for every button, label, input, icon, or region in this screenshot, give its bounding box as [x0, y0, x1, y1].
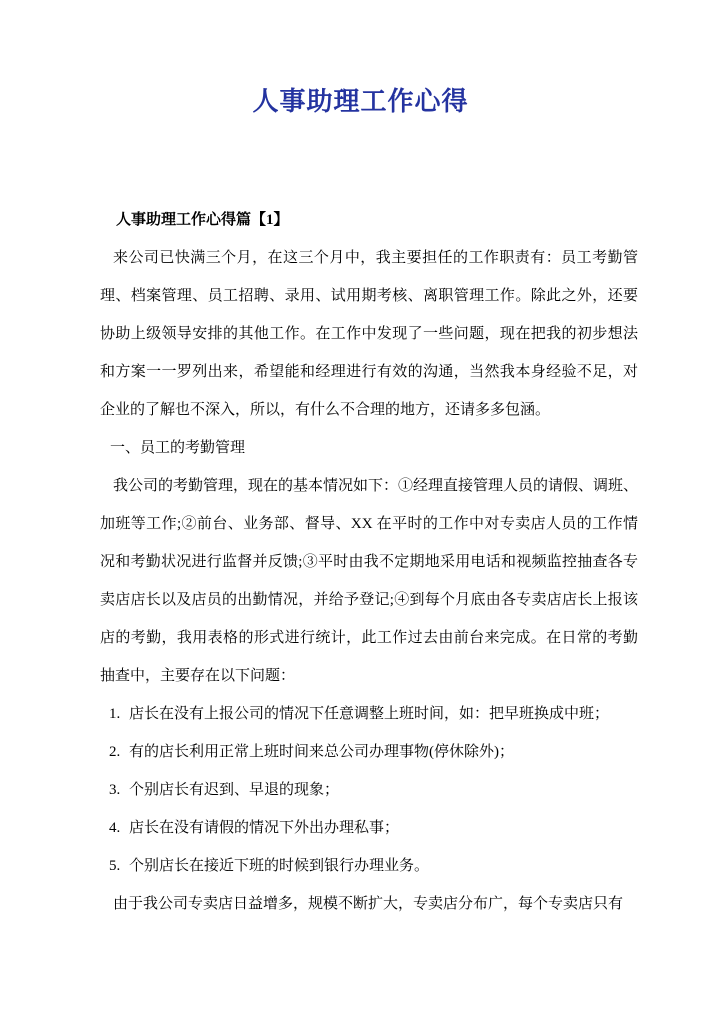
- document-page: 人事助理工作心得 人事助理工作心得篇【1】 来公司已快满三个月，在这三个月中，我…: [0, 0, 721, 1020]
- list-item-text: 个别店长在接近下班的时候到银行办理业务。: [129, 858, 429, 874]
- document-title: 人事助理工作心得: [0, 0, 721, 120]
- document-subtitle: 人事助理工作心得篇【1】: [100, 201, 638, 239]
- list-item-number: 3.: [109, 771, 129, 809]
- list-item-number: 5.: [109, 847, 129, 885]
- section-heading-attendance: 一、员工的考勤管理: [100, 429, 638, 467]
- list-item-number: 4.: [109, 809, 129, 847]
- list-item-text: 有的店长利用正常上班时间来总公司办理事物(停休除外)；: [129, 744, 514, 760]
- list-item-text: 个别店长有迟到、早退的现象；: [129, 782, 339, 798]
- issues-list: 1.店长在没有上报公司的情况下任意调整上班时间，如：把早班换成中班； 2.有的店…: [100, 695, 638, 885]
- list-item: 3.个别店长有迟到、早退的现象；: [100, 771, 638, 809]
- list-item-number: 1.: [109, 695, 129, 733]
- paragraph-attendance-overview: 我公司的考勤管理，现在的基本情况如下：①经理直接管理人员的请假、调班、加班等工作…: [100, 467, 638, 695]
- paragraph-intro: 来公司已快满三个月，在这三个月中，我主要担任的工作职责有：员工考勤管理、档案管理…: [100, 239, 638, 429]
- list-item-text: 店长在没有请假的情况下外出办理私事；: [129, 820, 399, 836]
- document-body: 人事助理工作心得篇【1】 来公司已快满三个月，在这三个月中，我主要担任的工作职责…: [100, 201, 638, 923]
- list-item: 1.店长在没有上报公司的情况下任意调整上班时间，如：把早班换成中班；: [100, 695, 638, 733]
- list-item: 5.个别店长在接近下班的时候到银行办理业务。: [100, 847, 638, 885]
- list-item: 2.有的店长利用正常上班时间来总公司办理事物(停休除外)；: [100, 733, 638, 771]
- paragraph-stores-growth: 由于我公司专卖店日益增多，规模不断扩大，专卖店分布广，每个专卖店只有: [100, 885, 638, 923]
- list-item: 4.店长在没有请假的情况下外出办理私事；: [100, 809, 638, 847]
- list-item-number: 2.: [109, 733, 129, 771]
- list-item-text: 店长在没有上报公司的情况下任意调整上班时间，如：把早班换成中班；: [129, 706, 609, 722]
